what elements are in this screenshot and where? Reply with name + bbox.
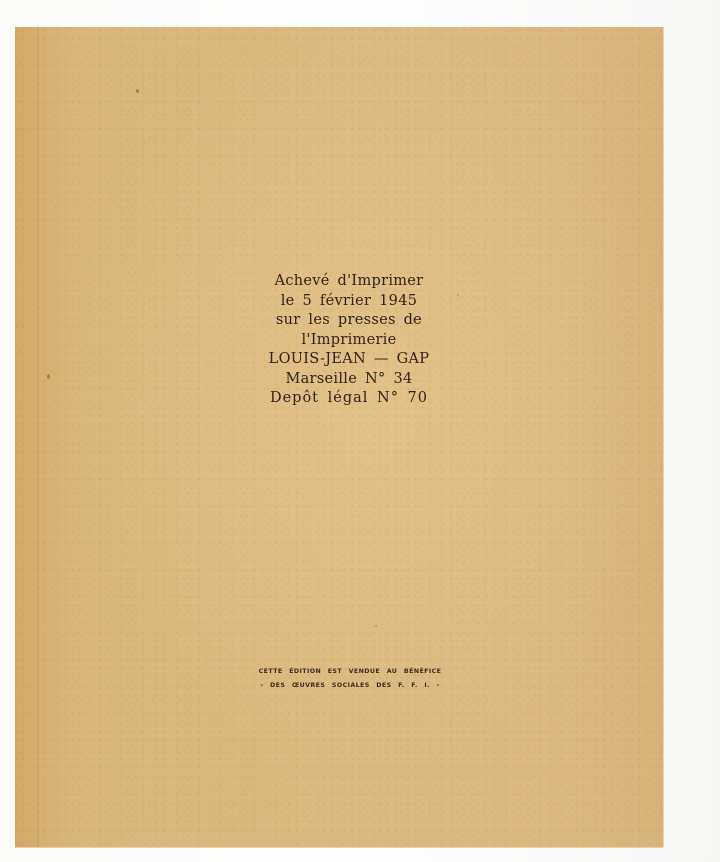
colophon-block: Achevé d'Imprimer le 5 février 1945 sur … [15,272,663,409]
paper-speck [375,625,377,627]
paper-speck [136,89,139,93]
scanned-page-background: Achevé d'Imprimer le 5 février 1945 sur … [0,0,720,862]
notice-line-1: CETTE ÉDITION EST VENDUE AU BÉNÉFICE [37,665,663,679]
colophon-line-legal-deposit: Depôt légal N° 70 [35,389,663,409]
colophon-line-completed: Achevé d'Imprimer [35,272,663,292]
notice-line-2: - DES ŒUVRES SOCIALES DES F. F. I. - [37,679,663,693]
colophon-line-imprimerie: l'Imprimerie [35,331,663,351]
paper-page: Achevé d'Imprimer le 5 février 1945 sur … [15,27,663,847]
charity-notice: CETTE ÉDITION EST VENDUE AU BÉNÉFICE - D… [15,665,663,693]
colophon-line-presses: sur les presses de [35,311,663,331]
colophon-line-printer-name: LOUIS-JEAN — GAP [35,350,663,370]
colophon-line-marseille-number: Marseille N° 34 [35,370,663,390]
colophon-line-date: le 5 février 1945 [35,292,663,312]
